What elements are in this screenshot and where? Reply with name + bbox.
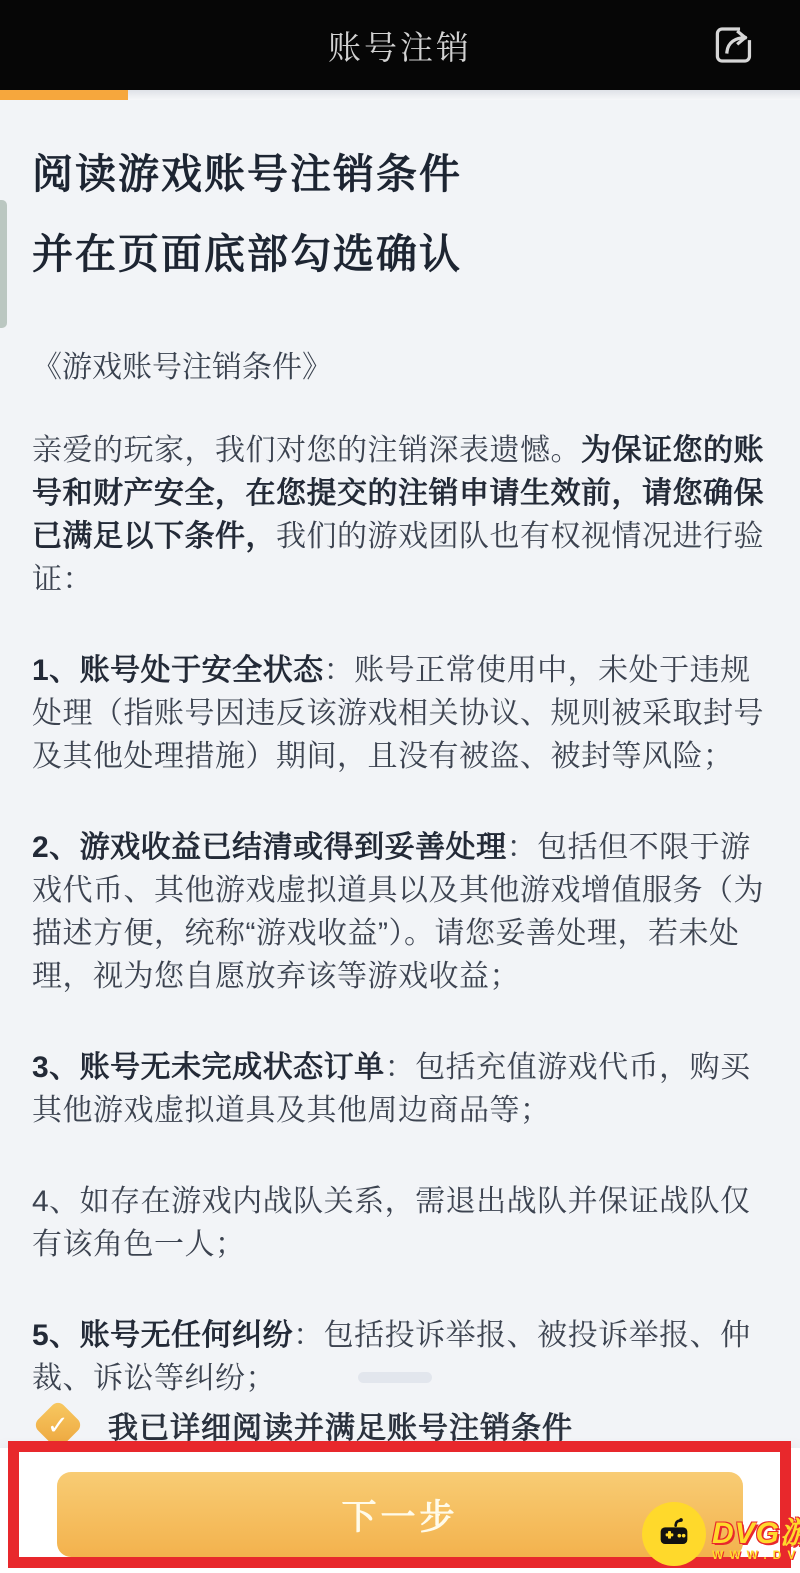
scrollbar-thumb[interactable] [0, 200, 7, 328]
page-heading-line1: 阅读游戏账号注销条件 [32, 134, 770, 214]
watermark-url: WWW.DVG.CN [712, 1548, 800, 1562]
watermark-badge [642, 1502, 706, 1566]
progress-bar [0, 90, 800, 100]
gamepad-icon [654, 1514, 694, 1554]
condition-item-3: 3、账号无未完成状态订单：包括充值游戏代币，购买其他游戏虚拟道具及其他周边商品等… [32, 1046, 770, 1132]
terms-scroll-area: 阅读游戏账号注销条件 并在页面底部勾选确认 《游戏账号注销条件》 亲爱的玩家，我… [0, 100, 800, 1400]
condition-item-2-lead: 2、游戏收益已结清或得到妥善处理 [32, 831, 507, 864]
agree-checkbox-label: 我已详细阅读并满足账号注销条件 [108, 1403, 573, 1447]
condition-item-1-lead: 1、账号处于安全状态 [32, 654, 324, 687]
terms-doc-title: 《游戏账号注销条件》 [32, 346, 770, 389]
app-header: 账号注销 [0, 0, 800, 90]
condition-item-2: 2、游戏收益已结清或得到妥善处理：包括但不限于游戏代币、其他游戏虚拟道具以及其他… [32, 826, 770, 998]
page-title: 账号注销 [328, 22, 472, 69]
intro-run-1: 亲爱的玩家，我们对您的注销深表遗憾。 [32, 434, 581, 467]
condition-item-5: 5、账号无任何纠纷：包括投诉举报、被投诉举报、仲裁、诉讼等纠纷； [32, 1314, 770, 1400]
watermark-brand: DVG游戏网 [712, 1508, 800, 1552]
next-step-button[interactable]: 下一步 [57, 1472, 743, 1557]
checkmark-icon: ✓ [47, 1412, 69, 1438]
terms-intro-paragraph: 亲爱的玩家，我们对您的注销深表遗憾。为保证您的账号和财产安全，在您提交的注销申请… [32, 429, 770, 601]
condition-item-3-lead: 3、账号无未完成状态订单 [32, 1051, 385, 1084]
condition-item-5-lead: 5、账号无任何纠纷 [32, 1319, 293, 1352]
share-icon[interactable] [704, 16, 762, 74]
checkbox-checked-icon[interactable]: ✓ [33, 1400, 84, 1451]
page-heading-line2: 并在页面底部勾选确认 [32, 214, 770, 294]
condition-item-4: 4、如存在游戏内战队关系，需退出战队并保证战队仅有该角色一人； [32, 1180, 770, 1266]
agree-checkbox-row[interactable]: ✓ 我已详细阅读并满足账号注销条件 [34, 1400, 573, 1450]
scroll-indicator-pill [358, 1372, 432, 1383]
page-heading: 阅读游戏账号注销条件 并在页面底部勾选确认 [32, 134, 770, 294]
condition-item-4-text: 4、如存在游戏内战队关系，需退出战队并保证战队仅有该角色一人； [32, 1185, 751, 1261]
progress-fill [0, 90, 128, 100]
condition-item-1: 1、账号处于安全状态：账号正常使用中，未处于违规处理（指账号因违反该游戏相关协议… [32, 649, 770, 778]
